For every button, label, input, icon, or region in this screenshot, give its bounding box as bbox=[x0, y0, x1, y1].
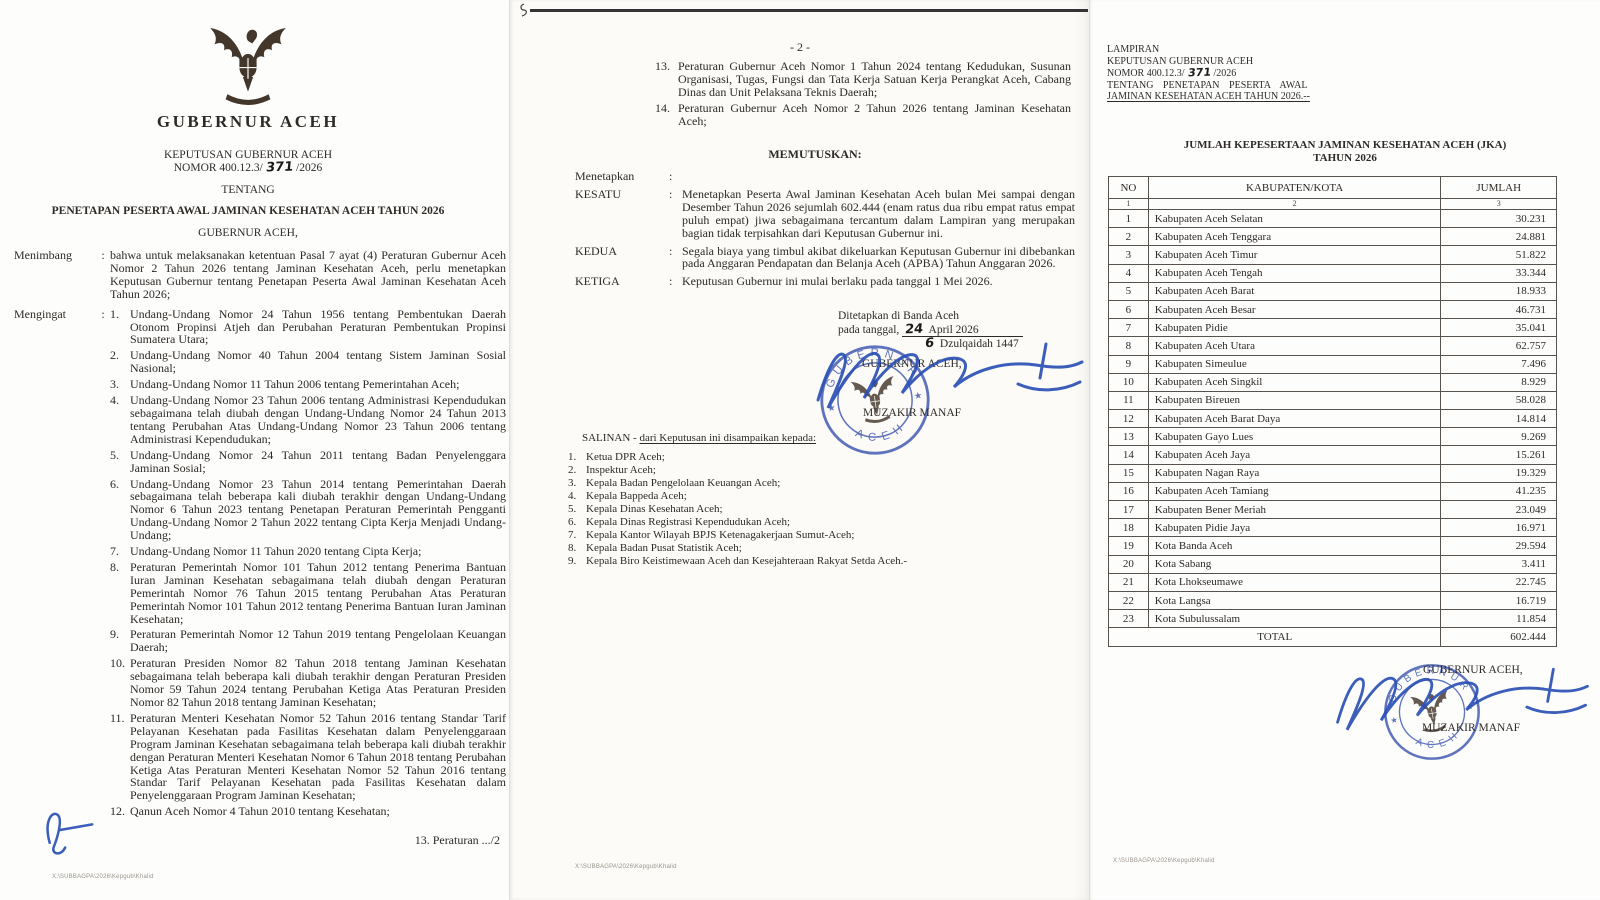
item-number: 8. bbox=[110, 561, 130, 626]
table-row: 16 Kabupaten Aceh Tamiang 41.235 bbox=[1109, 482, 1557, 500]
list-item: 3. Undang-Undang Nomor 11 Tahun 2006 ten… bbox=[110, 378, 506, 391]
colon: : bbox=[669, 170, 682, 183]
list-item: 12. Qanun Aceh Nomor 4 Tahun 2010 tentan… bbox=[110, 805, 506, 818]
row-region: Kota Subulussalam bbox=[1148, 610, 1441, 628]
item-text: Kepala Biro Keistimewaan Aceh dan Keseja… bbox=[586, 555, 988, 568]
item-text: Peraturan Presiden Nomor 82 Tahun 2018 t… bbox=[130, 657, 506, 709]
row-region: Kabupaten Aceh Tenggara bbox=[1148, 228, 1441, 246]
item-text: Undang-Undang Nomor 24 Tahun 1956 tentan… bbox=[130, 308, 506, 347]
dictum-row: KETIGA : Keputusan Gubernur ini mulai be… bbox=[575, 275, 1075, 288]
mengingat-label: Mengingat bbox=[14, 308, 96, 321]
list-item: 8. Kepala Badan Pusat Statistik Aceh; bbox=[568, 542, 988, 555]
colon: : bbox=[669, 188, 682, 201]
item-text: Kepala Dinas Kesehatan Aceh; bbox=[586, 503, 988, 516]
item-number: 5. bbox=[568, 503, 586, 516]
item-number: 12. bbox=[110, 805, 130, 818]
row-number: 3 bbox=[1109, 246, 1149, 264]
item-number: 11. bbox=[110, 712, 130, 802]
scan-artifact-mark bbox=[514, 2, 530, 18]
item-number: 1. bbox=[110, 308, 130, 347]
row-number: 16 bbox=[1109, 482, 1149, 500]
page-seam bbox=[509, 0, 510, 900]
table-row: 5 Kabupaten Aceh Barat 18.933 bbox=[1109, 282, 1557, 300]
row-count: 15.261 bbox=[1441, 446, 1557, 464]
row-region: Kabupaten Aceh Barat bbox=[1148, 282, 1441, 300]
mengingat-block: Mengingat : 1. Undang-Undang Nomor 24 Ta… bbox=[14, 308, 506, 822]
list-item: 5. Kepala Dinas Kesehatan Aceh; bbox=[568, 503, 988, 516]
row-count: 58.028 bbox=[1441, 391, 1557, 409]
list-item: 14. Peraturan Gubernur Aceh Nomor 2 Tahu… bbox=[655, 102, 1071, 128]
row-number: 8 bbox=[1109, 337, 1149, 355]
table-row: 20 Kota Sabang 3.411 bbox=[1109, 555, 1557, 573]
item-number: 9. bbox=[568, 555, 586, 568]
nomor-prefix: NOMOR 400.12.3/ bbox=[174, 162, 263, 174]
item-number: 4. bbox=[568, 490, 586, 503]
row-number: 23 bbox=[1109, 610, 1149, 628]
row-number: 9 bbox=[1109, 355, 1149, 373]
item-text: Undang-Undang Nomor 11 Tahun 2006 tentan… bbox=[130, 378, 506, 391]
row-region: Kabupaten Nagan Raya bbox=[1148, 464, 1441, 482]
signer-name: MUZAKIR MANAF bbox=[847, 407, 977, 419]
file-path-footer: X:\SUBBAGPA\2026\Kepgub\Khalid bbox=[1113, 858, 1215, 864]
row-count: 18.933 bbox=[1441, 282, 1557, 300]
dictum-label: KEDUA bbox=[575, 245, 669, 258]
item-text: Undang-Undang Nomor 40 Tahun 2004 tentan… bbox=[130, 349, 506, 375]
item-number: 3. bbox=[568, 477, 586, 490]
list-item: 4. Undang-Undang Nomor 23 Tahun 2006 ten… bbox=[110, 394, 506, 446]
row-region: Kota Langsa bbox=[1148, 591, 1441, 609]
menimbang-block: Menimbang : bahwa untuk melaksanakan ket… bbox=[14, 249, 506, 301]
table-row: 6 Kabupaten Aceh Besar 46.731 bbox=[1109, 300, 1557, 318]
file-path-footer: X:\SUBBAGPA\2026\Kepgub\Khalid bbox=[575, 864, 677, 870]
page-seam bbox=[1089, 0, 1090, 900]
table-row: 13 Kabupaten Gayo Lues 9.269 bbox=[1109, 428, 1557, 446]
row-region: Kabupaten Gayo Lues bbox=[1148, 428, 1441, 446]
list-item: 11. Peraturan Menteri Kesehatan Nomor 52… bbox=[110, 712, 506, 802]
dictum-text: Keputusan Gubernur ini mulai berlaku pad… bbox=[682, 275, 1075, 288]
row-region: Kabupaten Bireuen bbox=[1148, 391, 1441, 409]
item-text: Kepala Badan Pusat Statistik Aceh; bbox=[586, 542, 988, 555]
row-count: 16.719 bbox=[1441, 591, 1557, 609]
row-count: 16.971 bbox=[1441, 519, 1557, 537]
decree-subject: PENETAPAN PESERTA AWAL JAMINAN KESEHATAN… bbox=[0, 205, 496, 217]
table-row: 8 Kabupaten Aceh Utara 62.757 bbox=[1109, 337, 1557, 355]
row-count: 33.344 bbox=[1441, 264, 1557, 282]
item-text: Peraturan Pemerintah Nomor 101 Tahun 201… bbox=[130, 561, 506, 626]
handwritten-initial-paraf bbox=[40, 806, 98, 864]
nomor-suffix: /2026 bbox=[1213, 68, 1236, 79]
list-item: 4. Kepala Bappeda Aceh; bbox=[568, 490, 988, 503]
colon: : bbox=[669, 275, 682, 288]
table-row: 2 Kabupaten Aceh Tenggara 24.881 bbox=[1109, 228, 1557, 246]
table-row: 19 Kota Banda Aceh 29.594 bbox=[1109, 537, 1557, 555]
menimbang-label: Menimbang bbox=[14, 249, 96, 262]
row-number: 10 bbox=[1109, 373, 1149, 391]
table-row: 11 Kabupaten Bireuen 58.028 bbox=[1109, 391, 1557, 409]
item-number: 8. bbox=[568, 542, 586, 555]
row-number: 22 bbox=[1109, 591, 1149, 609]
signer-name: MUZAKIR MANAF bbox=[1406, 722, 1536, 734]
list-item: 2. Inspektur Aceh; bbox=[568, 464, 988, 477]
row-region: Kabupaten Aceh Barat Daya bbox=[1148, 410, 1441, 428]
row-region: Kabupaten Pidie bbox=[1148, 319, 1441, 337]
row-count: 51.822 bbox=[1441, 246, 1557, 264]
col-header-no: NO bbox=[1109, 177, 1149, 199]
item-text: Peraturan Menteri Kesehatan Nomor 52 Tah… bbox=[130, 712, 506, 802]
decree-number: NOMOR 400.12.3/371/2026 bbox=[0, 161, 496, 174]
list-item: 8. Peraturan Pemerintah Nomor 101 Tahun … bbox=[110, 561, 506, 626]
item-number: 9. bbox=[110, 628, 130, 654]
row-count: 11.854 bbox=[1441, 610, 1557, 628]
salinan-list: 1. Ketua DPR Aceh; 2. Inspektur Aceh; 3.… bbox=[568, 451, 988, 568]
row-count: 7.496 bbox=[1441, 355, 1557, 373]
table-title-line2: TAHUN 2026 bbox=[1130, 152, 1560, 164]
table-row: 9 Kabupaten Simeulue 7.496 bbox=[1109, 355, 1557, 373]
item-number: 5. bbox=[110, 449, 130, 475]
dictum-row: KEDUA : Segala biaya yang timbul akibat … bbox=[575, 245, 1075, 271]
row-region: Kabupaten Pidie Jaya bbox=[1148, 519, 1441, 537]
row-count: 35.041 bbox=[1441, 319, 1557, 337]
lampiran-block: LAMPIRAN KEPUTUSAN GUBERNUR ACEH NOMOR 4… bbox=[1107, 44, 1347, 103]
salutation: GUBERNUR ACEH, bbox=[0, 227, 496, 239]
item-number: 1. bbox=[568, 451, 586, 464]
item-number: 10. bbox=[110, 657, 130, 709]
table-row: 7 Kabupaten Pidie 35.041 bbox=[1109, 319, 1557, 337]
menetapkan-label: Menetapkan bbox=[575, 170, 669, 183]
item-number: 7. bbox=[568, 529, 586, 542]
item-number: 2. bbox=[110, 349, 130, 375]
item-number: 3. bbox=[110, 378, 130, 391]
list-item: 6. Undang-Undang Nomor 23 Tahun 2014 ten… bbox=[110, 478, 506, 543]
row-region: Kota Lhokseumawe bbox=[1148, 573, 1441, 591]
list-item: 13. Peraturan Gubernur Aceh Nomor 1 Tahu… bbox=[655, 60, 1071, 99]
scan-artifact-line bbox=[530, 9, 1088, 12]
list-item: 7. Kepala Kantor Wilayah BPJS Ketenagake… bbox=[568, 529, 988, 542]
list-item: 9. Kepala Biro Keistimewaan Aceh dan Kes… bbox=[568, 555, 988, 568]
row-number: 12 bbox=[1109, 410, 1149, 428]
nomor-prefix: NOMOR 400.12.3/ bbox=[1107, 68, 1185, 79]
lampiran-line4: TENTANG PENETAPAN PESERTA AWAL bbox=[1107, 80, 1347, 92]
row-region: Kota Banda Aceh bbox=[1148, 537, 1441, 555]
item-text: Kepala Badan Pengelolaan Keuangan Aceh; bbox=[586, 477, 988, 490]
list-item: 9. Peraturan Pemerintah Nomor 12 Tahun 2… bbox=[110, 628, 506, 654]
scanned-document: GUBERNUR ACEH KEPUTUSAN GUBERNUR ACEH NO… bbox=[0, 0, 1600, 900]
catchword: 13. Peraturan .../2 bbox=[320, 833, 500, 848]
row-number: 2 bbox=[1109, 228, 1149, 246]
row-count: 30.231 bbox=[1441, 210, 1557, 228]
dictum-row: KESATU : Menetapkan Peserta Awal Jaminan… bbox=[575, 188, 1075, 240]
col-header-jumlah: JUMLAH bbox=[1441, 177, 1557, 199]
item-text: Peraturan Pemerintah Nomor 12 Tahun 2019… bbox=[130, 628, 506, 654]
item-number: 6. bbox=[568, 516, 586, 529]
dictum-label: KESATU bbox=[575, 188, 669, 201]
page-2: - 2 - 13. Peraturan Gubernur Aceh Nomor … bbox=[510, 0, 1090, 900]
row-number: 6 bbox=[1109, 300, 1149, 318]
table-row: 15 Kabupaten Nagan Raya 19.329 bbox=[1109, 464, 1557, 482]
item-text: Undang-Undang Nomor 23 Tahun 2014 tentan… bbox=[130, 478, 506, 543]
subheader-3: 3 bbox=[1441, 199, 1557, 210]
item-text: Peraturan Gubernur Aceh Nomor 1 Tahun 20… bbox=[678, 60, 1071, 99]
header-row: NO KABUPATEN/KOTA JUMLAH bbox=[1109, 177, 1557, 199]
table-row: 21 Kota Lhokseumawe 22.745 bbox=[1109, 573, 1557, 591]
file-path-footer: X:\SUBBAGPA\2026\Kepgub\Khalid bbox=[52, 874, 154, 880]
row-count: 62.757 bbox=[1441, 337, 1557, 355]
item-number: 6. bbox=[110, 478, 130, 543]
lampiran-line5: JAMINAN KESEHATAN ACEH TAHUN 2026.-- bbox=[1107, 91, 1347, 103]
list-item: 10. Peraturan Presiden Nomor 82 Tahun 20… bbox=[110, 657, 506, 709]
row-count: 19.329 bbox=[1441, 464, 1557, 482]
total-value: 602.444 bbox=[1441, 628, 1557, 646]
row-number: 1 bbox=[1109, 210, 1149, 228]
page-1: GUBERNUR ACEH KEPUTUSAN GUBERNUR ACEH NO… bbox=[0, 0, 510, 900]
row-number: 15 bbox=[1109, 464, 1149, 482]
row-number: 7 bbox=[1109, 319, 1149, 337]
nomor-suffix: /2026 bbox=[296, 162, 322, 174]
row-number: 14 bbox=[1109, 446, 1149, 464]
row-number: 13 bbox=[1109, 428, 1149, 446]
item-text: Qanun Aceh Nomor 4 Tahun 2010 tentang Ke… bbox=[130, 805, 506, 818]
item-number: 14. bbox=[655, 102, 678, 128]
row-number: 20 bbox=[1109, 555, 1149, 573]
menimbang-text: bahwa untuk melaksanakan ketentuan Pasal… bbox=[110, 249, 506, 301]
salinan-title: dari Keputusan ini disampaikan kepada: bbox=[639, 432, 816, 444]
row-number: 4 bbox=[1109, 264, 1149, 282]
item-text: Undang-Undang Nomor 11 Tahun 2020 tentan… bbox=[130, 545, 506, 558]
colon: : bbox=[669, 245, 682, 258]
table-row: 14 Kabupaten Aceh Jaya 15.261 bbox=[1109, 446, 1557, 464]
lampiran-line1: LAMPIRAN bbox=[1107, 44, 1347, 56]
row-number: 21 bbox=[1109, 573, 1149, 591]
item-number: 2. bbox=[568, 464, 586, 477]
table-row: 12 Kabupaten Aceh Barat Daya 14.814 bbox=[1109, 410, 1557, 428]
page-3: LAMPIRAN KEPUTUSAN GUBERNUR ACEH NOMOR 4… bbox=[1090, 0, 1600, 900]
row-count: 23.049 bbox=[1441, 501, 1557, 519]
dictum-label: KETIGA bbox=[575, 275, 669, 288]
table-row: 1 Kabupaten Aceh Selatan 30.231 bbox=[1109, 210, 1557, 228]
row-region: Kabupaten Aceh Besar bbox=[1148, 300, 1441, 318]
row-count: 9.269 bbox=[1441, 428, 1557, 446]
subheader-row: 1 2 3 bbox=[1109, 199, 1557, 210]
item-number: 7. bbox=[110, 545, 130, 558]
item-text: Ketua DPR Aceh; bbox=[586, 451, 988, 464]
list-item: 6. Kepala Dinas Registrasi Kependudukan … bbox=[568, 516, 988, 529]
table-body: 1 Kabupaten Aceh Selatan 30.231 2 Kabupa… bbox=[1109, 210, 1557, 628]
colon: : bbox=[96, 308, 110, 321]
mengingat-list: 1. Undang-Undang Nomor 24 Tahun 1956 ten… bbox=[110, 308, 506, 819]
table-row: 3 Kabupaten Aceh Timur 51.822 bbox=[1109, 246, 1557, 264]
table-title-line1: JUMLAH KEPESERTAAN JAMINAN KESEHATAN ACE… bbox=[1130, 139, 1560, 151]
row-number: 17 bbox=[1109, 501, 1149, 519]
page-number: - 2 - bbox=[510, 40, 1090, 55]
row-number: 19 bbox=[1109, 537, 1149, 555]
col-header-name: KABUPATEN/KOTA bbox=[1148, 177, 1441, 199]
list-item: 7. Undang-Undang Nomor 11 Tahun 2020 ten… bbox=[110, 545, 506, 558]
row-region: Kabupaten Aceh Timur bbox=[1148, 246, 1441, 264]
table-row: 10 Kabupaten Aceh Singkil 8.929 bbox=[1109, 373, 1557, 391]
item-text: Undang-Undang Nomor 23 Tahun 2006 tentan… bbox=[130, 394, 506, 446]
item-number: 4. bbox=[110, 394, 130, 446]
table-row: 17 Kabupaten Bener Meriah 23.049 bbox=[1109, 501, 1557, 519]
list-item: 1. Ketua DPR Aceh; bbox=[568, 451, 988, 464]
row-number: 11 bbox=[1109, 391, 1149, 409]
row-count: 24.881 bbox=[1441, 228, 1557, 246]
letterhead-title: GUBERNUR ACEH bbox=[0, 112, 496, 132]
garuda-emblem-icon bbox=[205, 20, 291, 110]
row-region: Kabupaten Aceh Jaya bbox=[1148, 446, 1441, 464]
row-count: 14.814 bbox=[1441, 410, 1557, 428]
place-line: Ditetapkan di Banda Aceh bbox=[838, 310, 1088, 323]
nomor-handwritten: 371 bbox=[1187, 67, 1211, 79]
row-count: 41.235 bbox=[1441, 482, 1557, 500]
decree-title: KEPUTUSAN GUBERNUR ACEH bbox=[0, 149, 496, 161]
row-count: 46.731 bbox=[1441, 300, 1557, 318]
row-number: 18 bbox=[1109, 519, 1149, 537]
row-number: 5 bbox=[1109, 282, 1149, 300]
item-text: Kepala Bappeda Aceh; bbox=[586, 490, 988, 503]
total-row: TOTAL 602.444 bbox=[1109, 628, 1557, 646]
row-region: Kabupaten Simeulue bbox=[1148, 355, 1441, 373]
subheader-1: 1 bbox=[1109, 199, 1149, 210]
item-text: Kepala Kantor Wilayah BPJS Ketenagakerja… bbox=[586, 529, 988, 542]
item-text: Inspektur Aceh; bbox=[586, 464, 988, 477]
row-region: Kabupaten Bener Meriah bbox=[1148, 501, 1441, 519]
table-row: 22 Kota Langsa 16.719 bbox=[1109, 591, 1557, 609]
row-count: 3.411 bbox=[1441, 555, 1557, 573]
item-text: Peraturan Gubernur Aceh Nomor 2 Tahun 20… bbox=[678, 102, 1071, 128]
row-region: Kabupaten Aceh Tamiang bbox=[1148, 482, 1441, 500]
lampiran-line2: KEPUTUSAN GUBERNUR ACEH bbox=[1107, 56, 1347, 68]
row-region: Kota Sabang bbox=[1148, 555, 1441, 573]
row-count: 29.594 bbox=[1441, 537, 1557, 555]
dicta-list: KESATU : Menetapkan Peserta Awal Jaminan… bbox=[575, 188, 1075, 288]
row-region: Kabupaten Aceh Selatan bbox=[1148, 210, 1441, 228]
continuation-list: 13. Peraturan Gubernur Aceh Nomor 1 Tahu… bbox=[655, 60, 1071, 128]
row-count: 8.929 bbox=[1441, 373, 1557, 391]
jka-table: NO KABUPATEN/KOTA JUMLAH 1 2 3 1 Kabupat… bbox=[1108, 176, 1557, 647]
item-text: Undang-Undang Nomor 24 Tahun 2011 tentan… bbox=[130, 449, 506, 475]
dictum-text: Segala biaya yang timbul akibat dikeluar… bbox=[682, 245, 1075, 271]
lampiran-nomor: NOMOR 400.12.3/371/2026 bbox=[1107, 67, 1347, 80]
list-item: 1. Undang-Undang Nomor 24 Tahun 1956 ten… bbox=[110, 308, 506, 347]
table-row: 4 Kabupaten Aceh Tengah 33.344 bbox=[1109, 264, 1557, 282]
row-count: 22.745 bbox=[1441, 573, 1557, 591]
dictum-text: Menetapkan Peserta Awal Jaminan Kesehata… bbox=[682, 188, 1075, 240]
memutuskan-heading: MEMUTUSKAN: bbox=[510, 147, 1120, 162]
row-region: Kabupaten Aceh Utara bbox=[1148, 337, 1441, 355]
item-text: Kepala Dinas Registrasi Kependudukan Ace… bbox=[586, 516, 988, 529]
menetapkan-row: Menetapkan : bbox=[575, 170, 1075, 183]
list-item: 3. Kepala Badan Pengelolaan Keuangan Ace… bbox=[568, 477, 988, 490]
salinan-label: SALINAN - bbox=[582, 432, 637, 444]
nomor-handwritten: 371 bbox=[265, 161, 294, 175]
colon: : bbox=[96, 249, 110, 262]
row-region: Kabupaten Aceh Singkil bbox=[1148, 373, 1441, 391]
salinan-heading: SALINAN - dari Keputusan ini disampaikan… bbox=[582, 432, 988, 445]
table-row: 23 Kota Subulussalam 11.854 bbox=[1109, 610, 1557, 628]
table-row: 18 Kabupaten Pidie Jaya 16.971 bbox=[1109, 519, 1557, 537]
total-label: TOTAL bbox=[1109, 628, 1441, 646]
list-item: 2. Undang-Undang Nomor 40 Tahun 2004 ten… bbox=[110, 349, 506, 375]
row-region: Kabupaten Aceh Tengah bbox=[1148, 264, 1441, 282]
subheader-2: 2 bbox=[1148, 199, 1441, 210]
tentang-label: TENTANG bbox=[0, 184, 496, 196]
item-number: 13. bbox=[655, 60, 678, 99]
list-item: 5. Undang-Undang Nomor 24 Tahun 2011 ten… bbox=[110, 449, 506, 475]
